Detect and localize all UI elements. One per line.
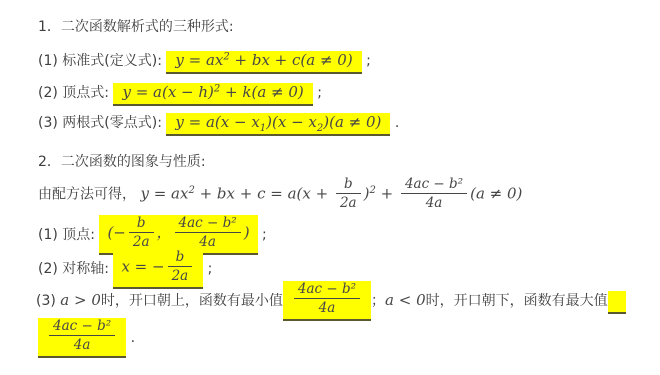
math-notes-document: 1．二次函数解析式的三种形式: (1) 标准式(定义式): y = ax2 + … — [0, 0, 660, 375]
completing-square-line: 由配方法可得， y = ax2 + bx + c = a(x + b2a)2 +… — [38, 177, 522, 212]
highlighted-formula: y = a(x − h)2 + k(a ≠ 0) — [113, 83, 312, 106]
fraction: b2a — [336, 176, 361, 211]
math-text: x = − — [121, 258, 164, 276]
text: (3) — [36, 293, 60, 309]
standard-form-line: (1) 标准式(定义式): y = ax2 + bx + c(a ≠ 0) ; — [38, 50, 371, 72]
math-text: y = a(x − h) — [122, 83, 213, 101]
fraction-denominator: 2a — [336, 194, 361, 211]
highlighted-formula — [608, 291, 626, 314]
text: ; — [258, 227, 267, 243]
fraction: b2a — [129, 215, 154, 250]
fraction-denominator: 4a — [49, 336, 115, 353]
fraction-denominator: 4a — [175, 233, 241, 250]
math-text: )(a ≠ 0) — [323, 113, 381, 131]
section2-heading: 2．二次函数的图象与性质: — [38, 152, 206, 172]
math-text: + bx + c = a(x + — [195, 185, 333, 203]
math-text: + k(a ≠ 0) — [220, 83, 304, 101]
highlighted-formula: 4ac − b²4a — [38, 318, 126, 358]
highlighted-formula: y = ax2 + bx + c(a ≠ 0) — [166, 51, 361, 74]
fraction-numerator: 4ac − b² — [175, 215, 241, 233]
math-text: y = a(x − x — [175, 113, 259, 131]
fraction-numerator: b — [129, 215, 154, 233]
text: ; — [362, 53, 371, 69]
highlighted-formula: y = a(x − x1)(x − x2)(a ≠ 0) — [166, 113, 390, 136]
min-max-value-line: (3) a > 0时，开口朝上，函数有最小值4ac − b²4a；a < 0时，… — [36, 281, 626, 321]
math-text: y = ax — [175, 51, 223, 69]
text: (2) 对称轴: — [38, 261, 113, 277]
fraction-numerator: 4ac − b² — [49, 318, 115, 336]
text: ; — [203, 261, 212, 277]
math-text: )(x − x — [266, 113, 317, 131]
text: 由配方法可得， — [38, 187, 140, 203]
highlighted-formula: 4ac − b²4a — [283, 281, 371, 321]
math-text: a > 0 — [60, 291, 101, 309]
text: (3) 两根式(零点式): — [38, 115, 166, 131]
fraction-numerator: 4ac − b² — [294, 281, 360, 299]
text: 时，开口朝上，函数有最小值 — [101, 293, 283, 309]
text: (1) 标准式(定义式): — [38, 53, 166, 69]
section1-heading: 1．二次函数解析式的三种形式: — [38, 17, 234, 37]
text: 时，开口朝下，函数有最大值 — [426, 293, 608, 309]
text: . — [390, 115, 399, 131]
text: ; — [313, 85, 322, 101]
fraction: 4ac − b²4a — [49, 318, 115, 353]
math-text: (a ≠ 0) — [470, 185, 522, 203]
fraction-numerator: 4ac − b² — [401, 176, 467, 194]
math-text: y = ax — [140, 185, 188, 203]
math-text: + bx + c(a ≠ 0) — [230, 51, 353, 69]
text: (1) 顶点: — [38, 227, 99, 243]
text: (2) 顶点式: — [38, 85, 113, 101]
math-text: a < 0 — [385, 291, 426, 309]
text: . — [126, 330, 135, 346]
math-text: ， — [157, 224, 172, 242]
fraction-denominator: 2a — [129, 233, 154, 250]
fraction-denominator: 4a — [401, 194, 467, 211]
fraction: 4ac − b²4a — [401, 176, 467, 211]
wrapped-fraction-line: 4ac − b²4a . — [38, 318, 135, 358]
math-text: (− — [107, 224, 125, 242]
fraction-numerator: b — [168, 249, 193, 267]
fraction-denominator: 4a — [294, 299, 360, 316]
fraction: 4ac − b²4a — [175, 215, 241, 250]
fraction: 4ac − b²4a — [294, 281, 360, 316]
two-root-form-line: (3) 两根式(零点式): y = a(x − x1)(x − x2)(a ≠ … — [38, 112, 399, 136]
fraction-numerator: b — [336, 176, 361, 194]
math-text: + — [376, 185, 398, 203]
fraction: b2a — [168, 249, 193, 284]
math-text: ) — [244, 224, 250, 242]
vertex-form-line: (2) 顶点式: y = a(x − h)2 + k(a ≠ 0) ; — [38, 82, 322, 104]
text: ； — [371, 293, 385, 309]
